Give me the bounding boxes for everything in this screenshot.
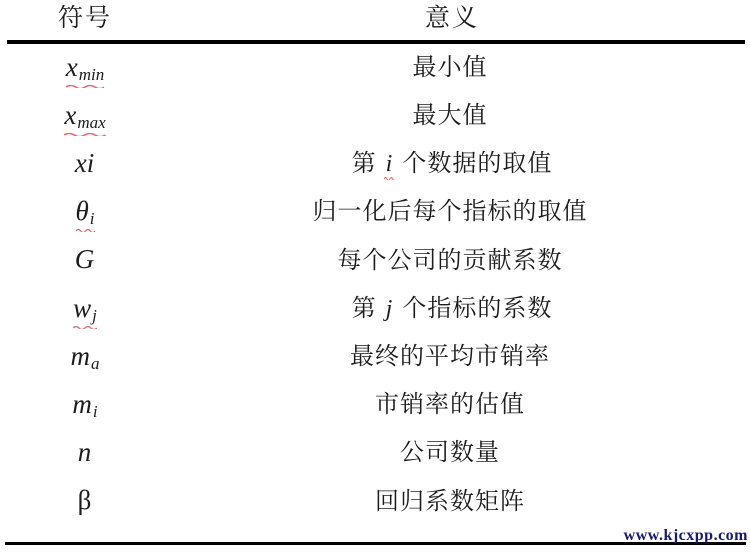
spellcheck-squiggle <box>384 176 396 180</box>
meaning-cell: 第 j 个指标的系数 <box>170 296 734 322</box>
symbol-cell: ma <box>0 343 170 372</box>
meaning-text: 最小值 <box>413 55 488 81</box>
table-row: mi 市销率的估值 <box>0 381 744 429</box>
symbol-base: x <box>66 52 78 82</box>
symbol-base: θ <box>76 196 89 226</box>
meaning-text: 市销率的估值 <box>375 392 525 418</box>
symbol-subscript: j <box>92 306 97 325</box>
table-row: xmax 最大值 <box>0 92 744 140</box>
symbol-subscript: min <box>79 65 105 84</box>
spellcheck-squiggle <box>73 325 97 329</box>
symbol-theta-i: θi <box>76 198 95 227</box>
symbol-base: w <box>73 293 91 323</box>
meaning-cell: 归一化后每个指标的取值 <box>170 199 734 225</box>
symbol-base: n <box>78 437 92 467</box>
symbol-subscript: a <box>91 354 100 373</box>
meaning-cell: 回归系数矩阵 <box>170 489 734 515</box>
symbol-base: β <box>78 485 92 515</box>
meaning-text: 最终的平均市销率 <box>350 344 550 370</box>
symbol-x-min: xmin <box>66 54 104 83</box>
symbol-cell: xmin <box>0 54 170 83</box>
table-row: β 回归系数矩阵 <box>0 478 744 526</box>
meaning-text: 个数据的取值 <box>395 151 552 177</box>
symbol-G: G <box>75 246 96 275</box>
symbol-subscript: i <box>90 209 95 228</box>
meaning-cell: 每个公司的贡献系数 <box>170 248 734 274</box>
symbol-cell: xmax <box>0 102 170 131</box>
table-row: n 公司数量 <box>0 430 744 478</box>
symbol-cell: n <box>0 439 170 468</box>
symbol-m-a: ma <box>71 343 100 372</box>
document-page: 符号 意义 xmin 最小值 xmax <box>0 0 750 552</box>
meaning-cell: 最终的平均市销率 <box>170 344 734 370</box>
watermark: www.kjcxpp.com <box>624 527 748 545</box>
table-body: xmin 最小值 xmax 最大值 <box>0 44 744 526</box>
meaning-text: 第 <box>352 296 384 322</box>
meaning-text: 公司数量 <box>400 440 500 466</box>
meaning-cell: 第 i 个数据的取值 <box>170 151 734 177</box>
meaning-cell: 市销率的估值 <box>170 392 734 418</box>
symbol-base: G <box>75 244 95 274</box>
meaning-variable: j <box>384 296 396 322</box>
symbol-cell: wj <box>0 295 170 324</box>
meaning-text: 第 <box>352 151 384 177</box>
meaning-text: 个指标的系数 <box>395 296 552 322</box>
table-header-row: 符号 意义 <box>0 0 744 40</box>
symbol-cell: xi <box>0 150 170 179</box>
symbol-cell: θi <box>0 198 170 227</box>
symbol-w-j: wj <box>73 295 97 324</box>
meaning-cell: 公司数量 <box>170 440 734 466</box>
symbol-subscript: i <box>93 402 98 421</box>
symbol-cell: G <box>0 246 170 275</box>
symbol-subscript: max <box>77 113 105 132</box>
symbol-xi: xi <box>75 150 96 179</box>
meaning-text: 每个公司的贡献系数 <box>338 248 563 274</box>
symbol-x-max: xmax <box>64 102 105 131</box>
header-divider-rule <box>7 40 745 44</box>
symbol-base: m <box>72 389 92 419</box>
symbol-cell: β <box>0 487 170 516</box>
table-row: wj 第 j 个指标的系数 <box>0 285 744 333</box>
spellcheck-squiggle <box>76 228 95 232</box>
spellcheck-squiggle <box>64 132 105 136</box>
table-row: ma 最终的平均市销率 <box>0 333 744 381</box>
symbol-base: xi <box>75 148 95 178</box>
meaning-text: 归一化后每个指标的取值 <box>313 199 588 225</box>
symbol-base: m <box>71 341 91 371</box>
meaning-text: 最大值 <box>413 103 488 129</box>
meaning-cell: 最大值 <box>170 103 734 129</box>
table-row: θi 归一化后每个指标的取值 <box>0 189 744 237</box>
symbol-cell: mi <box>0 391 170 420</box>
meaning-variable: i <box>384 151 396 177</box>
meaning-cell: 最小值 <box>170 55 734 81</box>
header-meaning-label: 意义 <box>170 0 734 40</box>
spellcheck-squiggle <box>66 84 104 88</box>
table-row: G 每个公司的贡献系数 <box>0 237 744 285</box>
symbol-n: n <box>78 439 93 468</box>
table-row: xmin 最小值 <box>0 44 744 92</box>
meaning-text: 回归系数矩阵 <box>375 489 525 515</box>
symbol-base: x <box>64 100 76 130</box>
symbol-m-i: mi <box>72 391 97 420</box>
symbol-beta: β <box>78 487 93 516</box>
table-row: xi 第 i 个数据的取值 <box>0 140 744 188</box>
header-symbol-label: 符号 <box>0 0 170 40</box>
